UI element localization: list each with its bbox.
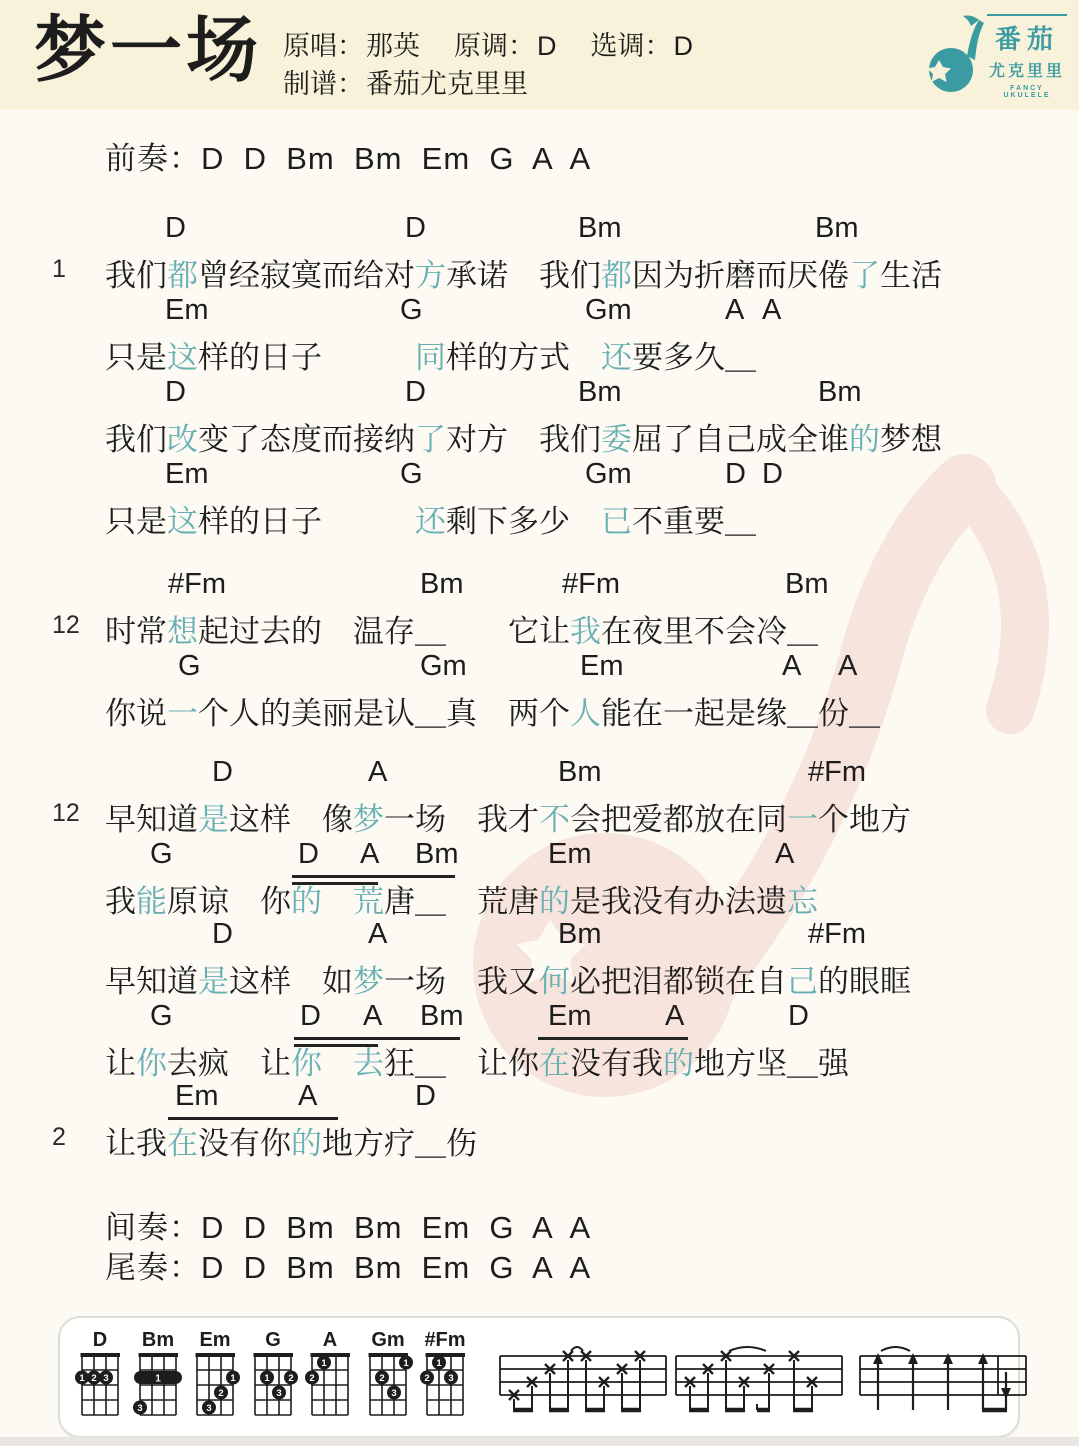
lyric-line: 你说一个人的美丽是认＿真 两个人能在一起是缘＿份＿ xyxy=(105,688,880,733)
lyric-line: 我们改变了态度而接纳了对方 我们委屈了自己成全谁的梦想 xyxy=(105,414,942,459)
lyric-run xyxy=(570,340,601,375)
arranger-label: 制谱： xyxy=(283,69,364,99)
lyric-run: 我们 xyxy=(105,258,167,293)
lyric-run-highlight: 的 xyxy=(291,884,322,919)
lyric-line: 我们都曾经寂寞而给对方承诺 我们都因为折磨而厌倦了生活 xyxy=(105,250,942,295)
lyric-run: 要多久＿ xyxy=(632,340,756,375)
chord-diagram-G: G123 xyxy=(247,1330,307,1424)
lyric-run-highlight: 委 xyxy=(601,422,632,457)
svg-text:2: 2 xyxy=(379,1373,384,1384)
lyric-run: 狂＿ xyxy=(384,1046,446,1081)
chord-label: Bm xyxy=(815,212,859,245)
lyric-line: 只是这样的日子 还剩下多少 已不重要＿ xyxy=(105,496,756,541)
chord-diagram-D: D123 xyxy=(74,1330,134,1424)
chord-label: Bm xyxy=(578,212,622,245)
chord-label: Gm xyxy=(585,458,632,491)
svg-text:3: 3 xyxy=(448,1373,453,1384)
lyric-run: 梦想 xyxy=(880,422,942,457)
brand-name-cn2: 尤克里里 xyxy=(987,58,1067,81)
chord-label: G xyxy=(150,1000,173,1033)
lyric-run xyxy=(477,696,508,731)
lyric-run-highlight: 去 xyxy=(353,1046,384,1081)
chord-label: Em xyxy=(165,458,209,491)
chord-label: D xyxy=(405,376,426,409)
chord-label: A xyxy=(298,1080,317,1113)
lyric-run: 能在一起是缘＿份＿ xyxy=(601,696,880,731)
chord-label: D xyxy=(788,1000,809,1033)
chord-label: Bm xyxy=(785,568,829,601)
lyric-run: 是我没有办法遗 xyxy=(570,884,787,919)
chord-label: #Fm xyxy=(808,918,866,951)
svg-text:1: 1 xyxy=(403,1358,409,1369)
lyric-run-highlight: 梦 xyxy=(353,964,384,999)
strum-pattern-2 xyxy=(674,1346,846,1424)
chord-label: Bm xyxy=(558,918,602,951)
lyric-run: 原谅 xyxy=(167,884,229,919)
lyric-run: 必把泪都锁在自 xyxy=(570,964,787,999)
chord-label: Bm xyxy=(420,1000,464,1033)
lyric-run-highlight: 在 xyxy=(539,1046,570,1081)
chord-label: A xyxy=(838,650,857,683)
lyric-run: 地方坚＿强 xyxy=(694,1046,849,1081)
lyric-run: 让 xyxy=(105,1046,136,1081)
lyric-run-highlight: 这 xyxy=(167,340,198,375)
chord-label: A xyxy=(368,918,387,951)
chord-label: D xyxy=(165,212,186,245)
chord-label: D xyxy=(415,1080,436,1113)
arranger-line: 制谱：番茄尤克里里 xyxy=(283,62,562,101)
chord-sheet-page: 梦一场 原唱：那英原调：D选调：D 制谱：番茄尤克里里 番茄 尤克里里 FANC… xyxy=(0,0,1079,1446)
lyric-run: 样的方式 xyxy=(446,340,570,375)
lyric-run-highlight: 忘 xyxy=(787,884,818,919)
lyric-run-highlight: 同 xyxy=(415,340,446,375)
lyric-run-highlight: 我 xyxy=(570,614,601,649)
selected-key-label: 选调： xyxy=(591,31,672,61)
chord-label: Bm xyxy=(420,568,464,601)
chord-label: A xyxy=(775,838,794,871)
chord-label: D xyxy=(405,212,426,245)
lyric-run-highlight: 何 xyxy=(539,964,570,999)
svg-text:Bm: Bm xyxy=(141,1330,173,1351)
chord-label: D xyxy=(298,838,319,871)
svg-text:2: 2 xyxy=(91,1373,96,1384)
lyric-run xyxy=(322,1046,353,1081)
chord-diagram-Fm: #Fm123 xyxy=(419,1330,479,1424)
lyric-run xyxy=(446,614,508,649)
chord-label: A xyxy=(782,650,801,683)
lyric-run xyxy=(229,884,260,919)
verse-number: 12 xyxy=(52,799,80,828)
chord-label: Em xyxy=(580,650,624,683)
chord-label: Em xyxy=(165,294,209,327)
lyric-run-highlight: 是 xyxy=(198,964,229,999)
lyric-run xyxy=(322,884,353,919)
lyric-run: 地方疗＿伤 xyxy=(322,1126,477,1161)
lyric-run-highlight: 是 xyxy=(198,802,229,837)
lyric-run-highlight: 想 xyxy=(167,614,198,649)
page-bottom-strip xyxy=(0,1437,1079,1446)
lyric-run: 早知道 xyxy=(105,802,198,837)
lyric-run: 起过去的 xyxy=(198,614,322,649)
selected-key-value: D xyxy=(674,31,694,61)
chord-label: G xyxy=(150,838,173,871)
chord-diagram-Em: Em123 xyxy=(189,1330,249,1424)
svg-text:1: 1 xyxy=(321,1358,327,1369)
verse-number: 12 xyxy=(52,611,80,640)
lyric-run: 对方 xyxy=(446,422,508,457)
lyric-line: 我能原谅 你的 荒唐＿ 荒唐的是我没有办法遗忘 xyxy=(105,876,818,921)
lyric-run: 我们 xyxy=(539,258,601,293)
svg-text:Gm: Gm xyxy=(371,1330,404,1351)
lyric-run-highlight: 的 xyxy=(291,1126,322,1161)
lyric-run xyxy=(322,504,415,539)
chord-label: A xyxy=(665,1000,684,1033)
chord-label: Bm xyxy=(818,376,862,409)
lyric-run: 我们 xyxy=(539,422,601,457)
svg-text:1: 1 xyxy=(230,1373,236,1384)
svg-text:1: 1 xyxy=(155,1374,161,1385)
svg-text:2: 2 xyxy=(424,1373,429,1384)
chord-label: Gm xyxy=(585,294,632,327)
lyric-line: 只是这样的日子 同样的方式 还要多久＿ xyxy=(105,332,756,377)
lyric-run-highlight: 一 xyxy=(167,696,198,731)
chord-label: #Fm xyxy=(562,568,620,601)
lyric-run: 温存＿ xyxy=(353,614,446,649)
lyric-run: 只是 xyxy=(105,504,167,539)
lyric-run: 生活 xyxy=(880,258,942,293)
svg-text:3: 3 xyxy=(276,1388,281,1399)
chord-label: Em xyxy=(175,1080,219,1113)
lyric-run-highlight: 不 xyxy=(539,802,570,837)
svg-text:2: 2 xyxy=(309,1373,314,1384)
lyric-run: 曾经寂寞而给对 xyxy=(198,258,415,293)
chord-label: G xyxy=(400,294,423,327)
lyric-run: 变了态度而接纳 xyxy=(198,422,415,457)
lyric-run: 承诺 xyxy=(446,258,508,293)
lyric-run-highlight: 已 xyxy=(601,504,632,539)
svg-text:A: A xyxy=(323,1330,337,1351)
brand-logo-text: 番茄 尤克里里 FANCY UKULELE xyxy=(987,14,1067,99)
lyric-run xyxy=(322,340,415,375)
chord-diagram-A: A12 xyxy=(304,1330,364,1424)
lyric-run: 让 xyxy=(260,1046,291,1081)
lyric-run-highlight: 的 xyxy=(539,884,570,919)
brand-logo: 番茄 尤克里里 FANCY UKULELE xyxy=(925,10,1070,102)
lyric-run: 去疯 xyxy=(167,1046,229,1081)
lyric-run: 样的日子 xyxy=(198,340,322,375)
chord-label: D xyxy=(762,458,783,491)
lyric-run xyxy=(229,1046,260,1081)
chord-label: G xyxy=(178,650,201,683)
lyric-line: 早知道是这样 如梦一场 我又何必把泪都锁在自己的眼眶 xyxy=(105,956,911,1001)
chord-label: #Fm xyxy=(808,756,866,789)
chord-label: Bm xyxy=(578,376,622,409)
lyric-run: 只是 xyxy=(105,340,167,375)
lyric-run: 在夜里不会冷＿ xyxy=(601,614,818,649)
lyric-run: 早知道 xyxy=(105,964,198,999)
lyric-run: 唐＿ xyxy=(384,884,446,919)
lyric-run: 我们 xyxy=(105,422,167,457)
song-info-line: 原唱：那英原调：D选调：D xyxy=(283,24,727,63)
lyric-run-highlight: 方 xyxy=(415,258,446,293)
svg-text:3: 3 xyxy=(137,1403,142,1414)
lyric-run: 你 xyxy=(260,884,291,919)
lyric-line: 让我在没有你的地方疗＿伤 xyxy=(105,1118,477,1163)
chord-label: Em xyxy=(548,838,592,871)
lyric-run: 没有你 xyxy=(198,1126,291,1161)
lyric-run: 一场 xyxy=(384,964,446,999)
verse-number: 2 xyxy=(52,1123,66,1152)
lyric-run-highlight: 这 xyxy=(167,504,198,539)
lyric-run-highlight: 你 xyxy=(291,1046,322,1081)
brand-name-cn: 番茄 xyxy=(987,19,1067,56)
svg-text:2: 2 xyxy=(288,1373,293,1384)
chord-label: A xyxy=(725,294,744,327)
lyric-run: 剩下多少 xyxy=(446,504,570,539)
intro-line: 前奏：D D Bm Bm Em G A A xyxy=(105,133,591,178)
lyric-run-highlight: 荒 xyxy=(353,884,384,919)
svg-text:3: 3 xyxy=(391,1388,396,1399)
lyric-run-highlight: 的 xyxy=(663,1046,694,1081)
lyric-run: 我 xyxy=(105,884,136,919)
lyric-run: 屈了自己成全谁 xyxy=(632,422,849,457)
lyric-run-highlight: 还 xyxy=(415,504,446,539)
lyric-run-highlight: 一 xyxy=(787,802,818,837)
lyric-run: 因为折磨而厌倦 xyxy=(632,258,849,293)
lyric-run: 它让 xyxy=(508,614,570,649)
chord-label: A xyxy=(363,1000,382,1033)
brand-name-en: FANCY UKULELE xyxy=(987,85,1067,99)
chord-label: G xyxy=(400,458,423,491)
lyric-run: 如 xyxy=(322,964,353,999)
lyric-run: 没有我 xyxy=(570,1046,663,1081)
lyric-run-highlight: 在 xyxy=(167,1126,198,1161)
chord-label: Gm xyxy=(420,650,467,683)
svg-text:1: 1 xyxy=(79,1373,85,1384)
chord-label: D xyxy=(212,756,233,789)
lyric-run xyxy=(446,964,477,999)
lyric-run xyxy=(322,614,353,649)
lyric-run-highlight: 都 xyxy=(167,258,198,293)
lyric-run-highlight: 了 xyxy=(415,422,446,457)
lyric-run: 让我 xyxy=(105,1126,167,1161)
lyric-run-highlight: 的 xyxy=(849,422,880,457)
chord-label: Bm xyxy=(415,838,459,871)
svg-text:3: 3 xyxy=(206,1403,211,1414)
svg-text:#Fm: #Fm xyxy=(424,1330,465,1351)
chord-label: Bm xyxy=(558,756,602,789)
lyric-run: 的眼眶 xyxy=(818,964,911,999)
song-title: 梦一场 xyxy=(34,8,262,94)
lyric-run: 这样 xyxy=(229,964,291,999)
chord-label: D xyxy=(212,918,233,951)
chord-label: A xyxy=(360,838,379,871)
lyric-line: 时常想起过去的 温存＿ 它让我在夜里不会冷＿ xyxy=(105,606,818,651)
chord-label: D xyxy=(300,1000,321,1033)
chord-label: D xyxy=(725,458,746,491)
tomato-music-note-icon xyxy=(925,10,985,98)
original-key-value: D xyxy=(537,31,557,61)
lyric-run: 像 xyxy=(322,802,353,837)
lyric-run: 个地方 xyxy=(818,802,911,837)
svg-text:Em: Em xyxy=(199,1330,230,1351)
lyric-run: 两个 xyxy=(508,696,570,731)
svg-text:1: 1 xyxy=(264,1373,270,1384)
chord-label: A xyxy=(368,756,387,789)
lyric-run-highlight: 能 xyxy=(136,884,167,919)
lyric-run: 个人的美丽是认＿真 xyxy=(198,696,477,731)
lyric-run: 我才 xyxy=(477,802,539,837)
lyric-run xyxy=(508,422,539,457)
lyric-run-highlight: 都 xyxy=(601,258,632,293)
lyric-run: 我又 xyxy=(477,964,539,999)
interlude-line: 间奏：D D Bm Bm Em G A A xyxy=(105,1202,591,1247)
lyric-run: 样的日子 xyxy=(198,504,322,539)
lyric-line: 让你去疯 让你 去狂＿ 让你在没有我的地方坚＿强 xyxy=(105,1038,849,1083)
lyric-run-highlight: 你 xyxy=(136,1046,167,1081)
lyric-run: 荒唐 xyxy=(477,884,539,919)
original-singer-label: 原唱： xyxy=(283,31,364,61)
svg-text:2: 2 xyxy=(218,1388,223,1399)
lyric-run xyxy=(446,884,477,919)
lyric-run xyxy=(508,258,539,293)
lyric-run: 让你 xyxy=(477,1046,539,1081)
lyric-run-highlight: 人 xyxy=(570,696,601,731)
lyric-run: 时常 xyxy=(105,614,167,649)
lyric-run xyxy=(446,1046,477,1081)
sheet-header: 梦一场 原唱：那英原调：D选调：D 制谱：番茄尤克里里 番茄 尤克里里 FANC… xyxy=(0,0,1079,110)
lyric-run-highlight: 己 xyxy=(787,964,818,999)
strum-pattern-3 xyxy=(858,1346,1030,1424)
lyric-run xyxy=(291,964,322,999)
lyric-run: 不重要＿ xyxy=(632,504,756,539)
svg-text:G: G xyxy=(265,1330,281,1351)
chord-label: Em xyxy=(548,1000,592,1033)
chord-label: A xyxy=(762,294,781,327)
outro-line: 尾奏：D D Bm Bm Em G A A xyxy=(105,1242,591,1287)
lyric-run: 你说 xyxy=(105,696,167,731)
original-singer-value: 那英 xyxy=(366,31,420,61)
lyric-run-highlight: 了 xyxy=(849,258,880,293)
chord-label: D xyxy=(165,376,186,409)
chord-diagram-Bm: Bm13 xyxy=(132,1330,192,1424)
arranger-value: 番茄尤克里里 xyxy=(366,69,528,99)
lyric-run: 一场 xyxy=(384,802,446,837)
lyric-run xyxy=(446,802,477,837)
lyric-run-highlight: 还 xyxy=(601,340,632,375)
lyric-run xyxy=(570,504,601,539)
svg-text:3: 3 xyxy=(103,1373,108,1384)
lyric-run: 这样 xyxy=(229,802,291,837)
svg-text:1: 1 xyxy=(436,1358,442,1369)
verse-number: 1 xyxy=(52,255,66,284)
svg-text:D: D xyxy=(93,1330,107,1351)
lyric-run: 会把爱都放在同 xyxy=(570,802,787,837)
original-key-label: 原调： xyxy=(454,31,535,61)
strum-pattern-1 xyxy=(498,1346,670,1424)
lyric-run-highlight: 梦 xyxy=(353,802,384,837)
chord-reference-panel: D123Bm13Em123G123A12Gm123#Fm123 xyxy=(58,1316,1020,1438)
chord-diagram-Gm: Gm123 xyxy=(362,1330,422,1424)
lyric-run-highlight: 改 xyxy=(167,422,198,457)
lyric-line: 早知道是这样 像梦一场 我才不会把爱都放在同一个地方 xyxy=(105,794,911,839)
lyric-run xyxy=(291,802,322,837)
chord-label: #Fm xyxy=(168,568,226,601)
